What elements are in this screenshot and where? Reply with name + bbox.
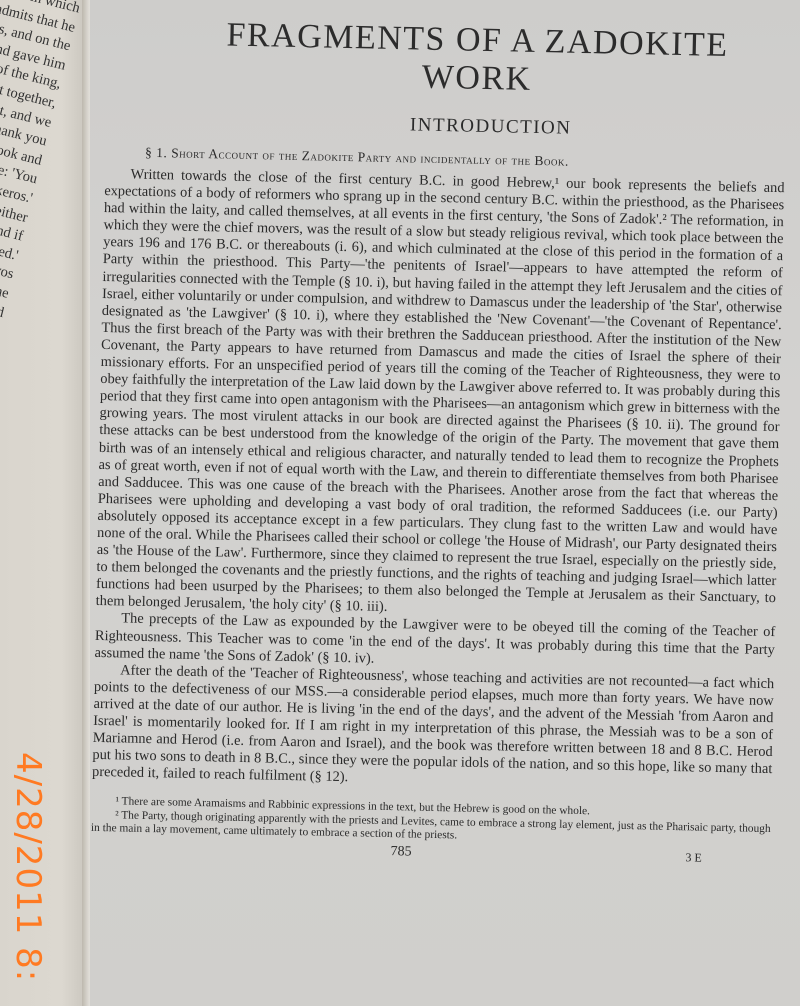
paragraph: After the death of the 'Teacher of Right… (92, 662, 774, 796)
paragraph: Written towards the close of the first c… (96, 166, 785, 625)
page-number: 785 (390, 844, 411, 860)
introduction-heading: INTRODUCTION (196, 110, 786, 144)
signature-mark: 3 E (685, 850, 702, 865)
right-page: FRAGMENTS OF A ZADOKITE WORK INTRODUCTIO… (90, 0, 800, 1006)
page-title: FRAGMENTS OF A ZADOKITE WORK (106, 14, 787, 104)
camera-date-stamp: 4/28/2011 8: (8, 752, 48, 982)
left-page-text: ner in which admits that he eros, and on… (0, 0, 82, 418)
body-text: Written towards the close of the first c… (92, 166, 785, 795)
page-content: FRAGMENTS OF A ZADOKITE WORK INTRODUCTIO… (90, 14, 787, 870)
